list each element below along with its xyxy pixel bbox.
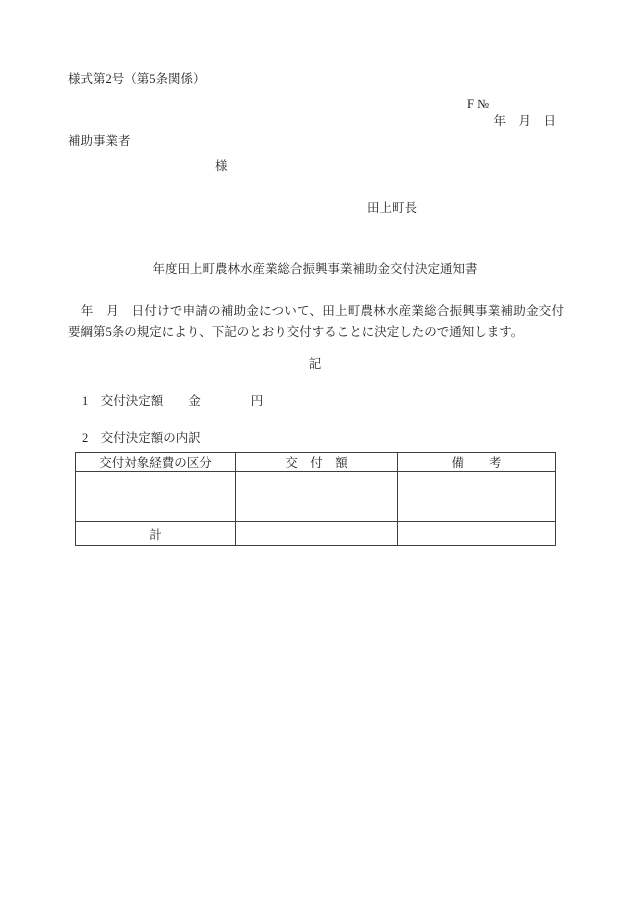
document-title: 年度田上町農林水産業総合振興事業補助金交付決定通知書 [0,259,630,277]
table-cell-total-remarks [398,522,556,546]
breakdown-table: 交付対象経費の区分 交 付 額 備 考 計 [75,452,556,546]
recipient-honorific: 様 [215,158,228,175]
table-cell-amount [236,472,398,522]
table-header-row: 交付対象経費の区分 交 付 額 備 考 [76,453,556,472]
date-line: 年 月 日 [493,113,556,130]
ref-number-label: F № [467,96,489,113]
table-cell-total-label: 計 [76,522,236,546]
recipient-label: 補助事業者 [68,133,131,150]
body-paragraph: 年 月 日付けで申請の補助金について、田上町農林水産業総合振興事業補助金交付要綱… [68,301,564,343]
table-total-row: 計 [76,522,556,546]
document-page: 様式第2号（第5条関係） F № 年 月 日 補助事業者 様 田上町長 年度田上… [0,0,630,903]
table-cell-category [76,472,236,522]
table-cell-total-amount [236,522,398,546]
sender-name: 田上町長 [367,200,417,217]
table-header-remarks: 備 考 [398,453,556,472]
table-cell-remarks [398,472,556,522]
table-header-expense-category: 交付対象経費の区分 [76,453,236,472]
table-row [76,472,556,522]
item-grant-amount: 1 交付決定額 金 円 [82,393,263,410]
table-header-grant-amount: 交 付 額 [236,453,398,472]
form-number: 様式第2号（第5条関係） [68,71,206,88]
record-marker: 記 [0,354,630,372]
item-breakdown-heading: 2 交付決定額の内訳 [82,430,201,447]
